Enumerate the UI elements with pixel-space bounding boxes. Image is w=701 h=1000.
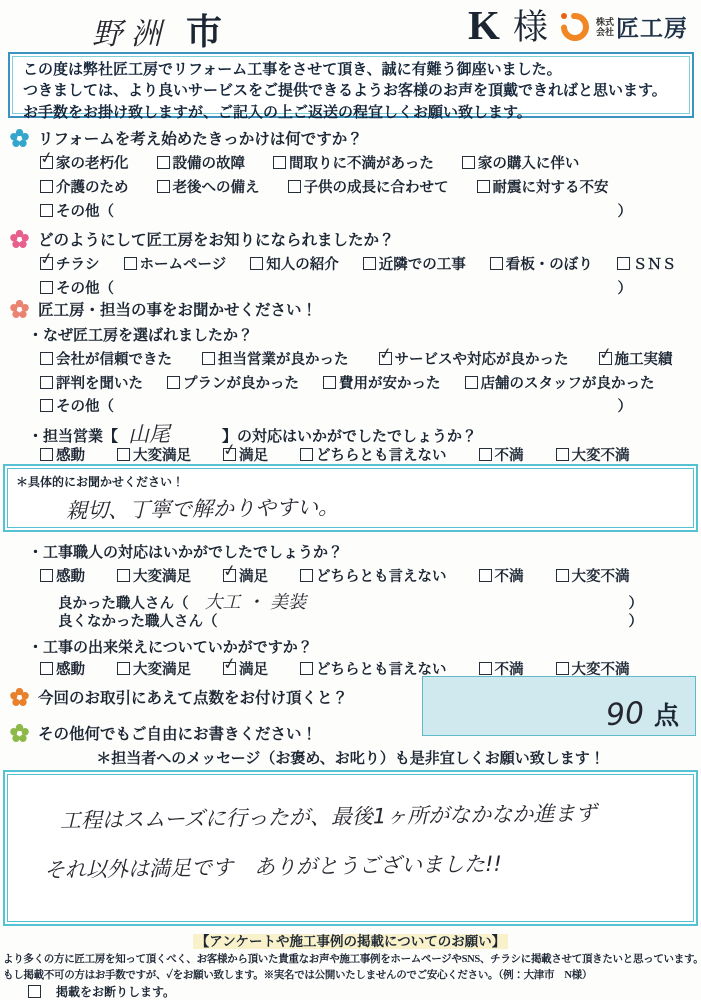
question-title: どのようにして匠工房をお知りになられましたか？ [38, 228, 395, 250]
company-prefix: 株式 会社 [596, 17, 614, 38]
checkbox-unchecked[interactable] [40, 376, 53, 389]
checkbox-unchecked[interactable] [479, 662, 492, 675]
checkbox-option[interactable]: 費用が安かった [323, 372, 441, 393]
checkbox-label: ＳＮＳ [633, 253, 677, 274]
check-mark: ✓ [377, 343, 394, 364]
checkbox-option[interactable]: その他（ [40, 200, 114, 221]
message-handwritten-line2[interactable]: それ以外は満足です ありがとうございました!! [44, 848, 502, 884]
checkbox-label: 介護のため [56, 176, 129, 197]
checkbox-label: 近隣での工事 [379, 253, 466, 274]
checkbox-label: 感動 [56, 444, 85, 465]
flower-icon [10, 724, 29, 743]
checkbox-option[interactable]: 大変満足 [117, 658, 191, 679]
checkbox-option[interactable]: 知人の紹介 [250, 253, 339, 274]
flower-icon [10, 300, 29, 319]
checkbox-checked[interactable]: ✓ [40, 156, 53, 169]
score-value-handwritten[interactable]: 90 [605, 696, 646, 734]
checkbox-option[interactable]: 店舗のスタッフが良かった [465, 372, 655, 393]
checkbox-label: 大変不満 [572, 444, 630, 465]
checkbox-option[interactable]: ✓家の老朽化 [40, 152, 129, 173]
decline-publication-row: 掲載をお断りします。 [28, 983, 175, 1000]
details-handwritten[interactable]: 親切、丁寧で解かりやすい。 [66, 491, 339, 525]
how-found-options: ✓チラシホームページ知人の紹介近隣での工事看板・のぼりＳＮＳ [40, 253, 676, 274]
paren-close: ） [618, 395, 633, 416]
checkbox-option[interactable]: 大変満足 [117, 565, 191, 586]
checkbox-unchecked[interactable] [157, 180, 170, 193]
checkbox-label: 感動 [56, 658, 85, 679]
paren-close: ） [629, 610, 644, 631]
checkbox-unchecked[interactable] [462, 156, 475, 169]
checkbox-label: 店舗のスタッフが良かった [481, 372, 655, 393]
checkbox-label: 費用が安かった [339, 372, 441, 393]
checkbox-unchecked[interactable] [167, 376, 180, 389]
checkbox-label: 大変満足 [133, 658, 191, 679]
checkbox-option[interactable]: その他（ [40, 395, 114, 416]
bad-craftsman-label: 良くなかった職人さん（ [58, 610, 218, 631]
checkbox-unchecked[interactable] [40, 399, 53, 412]
checkbox-option[interactable]: 家の購入に伴い [462, 152, 580, 173]
question-title: 今回のお取引にあえて点数をお付け頂くと？ [38, 686, 348, 708]
intro-line-3: お手数をお掛け致しますが、ご記入の上ご返送の程宜しくお願い致します。 [23, 103, 679, 124]
company-prefix-top: 株式 [596, 17, 614, 27]
checkbox-unchecked[interactable] [250, 257, 263, 270]
checkbox-checked[interactable]: ✓ [223, 569, 236, 582]
checkbox-label: 満足 [239, 658, 268, 679]
checkbox-option[interactable]: 老後への備え [157, 176, 260, 197]
checkbox-unchecked[interactable] [288, 180, 301, 193]
checkbox-option[interactable]: ＳＮＳ [617, 253, 677, 274]
checkbox-option[interactable]: 感動 [40, 444, 85, 465]
checkbox-option[interactable]: 耐震に対する不安 [477, 176, 609, 197]
checkbox-option[interactable]: 会社が信頼できた [40, 348, 172, 369]
details-box[interactable]: ＊具体的にお聞かせください！ 親切、丁寧で解かりやすい。 [3, 464, 698, 532]
customer-honorific: 様 [513, 8, 548, 47]
company-prefix-bottom: 会社 [596, 27, 614, 37]
checkbox-unchecked[interactable] [40, 204, 53, 217]
checkbox-label: チラシ [56, 253, 100, 274]
checkbox-unchecked[interactable] [465, 376, 478, 389]
question-score: 今回のお取引にあえて点数をお付け頂くと？ [10, 686, 348, 708]
checkbox-unchecked[interactable] [479, 569, 492, 582]
paren-close: ） [618, 200, 633, 221]
checkbox-unchecked[interactable] [273, 156, 286, 169]
checkbox-label: 子供の成長に合わせて [304, 176, 449, 197]
checkbox-unchecked[interactable] [300, 662, 313, 675]
city-handwritten: 野洲 [92, 17, 170, 52]
why-chosen-options-row2: 評判を聞いたプランが良かった費用が安かった店舗のスタッフが良かった [40, 372, 655, 393]
checkbox-unchecked[interactable] [202, 352, 215, 365]
checkbox-label: 看板・のぼり [506, 253, 593, 274]
question-title: リフォームを考え始めたきっかけは何ですか？ [38, 127, 363, 149]
check-mark: ✓ [597, 343, 614, 364]
question-title: 匠工房・担当の事をお聞かせください！ [38, 298, 317, 320]
why-chosen-other-row: その他（ ） [40, 395, 632, 416]
checkbox-option[interactable]: 不満 [479, 565, 524, 586]
why-chosen-options-row1: 会社が信頼できた担当営業が良かった✓サービスや対応が良かった✓施工実績 [40, 348, 673, 369]
checkbox-label: プランが良かった [183, 372, 299, 393]
question-reform-trigger: リフォームを考え始めたきっかけは何ですか？ [10, 127, 363, 149]
question-title: その他何でもご自由にお書きください！ [38, 722, 317, 744]
checkbox-label: 老後への備え [173, 176, 260, 197]
checkbox-option[interactable]: 間取りに不満があった [273, 152, 434, 173]
checkbox-unchecked[interactable] [477, 180, 490, 193]
checkbox-label: 大変満足 [133, 444, 191, 465]
checkbox-option[interactable]: ✓満足 [223, 444, 268, 465]
checkbox-unchecked[interactable] [40, 448, 53, 461]
checkbox-option[interactable]: 近隣での工事 [363, 253, 466, 274]
score-unit-label: 点 [654, 696, 679, 732]
score-box[interactable]: 90 点 [422, 676, 696, 736]
checkbox-checked[interactable]: ✓ [379, 352, 392, 365]
checkbox-option[interactable]: 大変満足 [117, 444, 191, 465]
checkbox-option[interactable]: 大変不満 [556, 444, 630, 465]
checkbox-option[interactable]: 看板・のぼり [490, 253, 593, 274]
checkbox-checked[interactable]: ✓ [223, 662, 236, 675]
checkbox-option[interactable]: ✓満足 [223, 565, 268, 586]
sales-rep-rating-options: 感動大変満足✓満足どちらとも言えない不満大変不満 [40, 444, 630, 465]
footer-line-2: もし掲載不可の方はお手数ですが、✓をお願い致します。※実名では公開いたしませんの… [3, 967, 592, 982]
subquestion-workmanship: ・工事の出来栄えについていかがですか？ [28, 636, 313, 657]
checkbox-label: ホームページ [140, 253, 227, 274]
checkbox-unchecked[interactable] [40, 569, 53, 582]
question-free-comment: その他何でもご自由にお書きください！ [10, 722, 317, 744]
checkbox-label: その他（ [56, 395, 114, 416]
intro-line-2: つきましては、より良いサービスをご提供できるようお客様のお声を頂戴できればと思い… [23, 81, 679, 102]
checkbox-unchecked[interactable] [40, 180, 53, 193]
checkbox-label: 家の購入に伴い [478, 152, 580, 173]
checkbox-unchecked[interactable] [124, 257, 137, 270]
company-name: 匠工房 [616, 10, 688, 43]
paren-close: ） [618, 277, 633, 298]
checkbox-unchecked[interactable] [157, 156, 170, 169]
details-box-label: ＊具体的にお聞かせください！ [16, 473, 184, 490]
message-box[interactable]: 工程はスムーズに行ったが、最後1ヶ所がなかなか進まず それ以外は満足です ありが… [3, 770, 698, 926]
message-request-label: ＊担当者へのメッセージ（お褒め、お叱り）も是非宜しくお願い致します！ [0, 747, 701, 768]
checkbox-option[interactable]: ✓施工実績 [599, 348, 673, 369]
checkbox-unchecked[interactable] [479, 448, 492, 461]
footer-line-1: より多くの方に匠工房を知って頂くべく、お客様から頂いた貴重なお声や施工事例をホー… [3, 951, 701, 966]
reform-trigger-options-row1: ✓家の老朽化設備の故障間取りに不満があった家の購入に伴い [40, 152, 579, 173]
flower-icon [10, 688, 29, 707]
sales-rep-prefix: ・担当営業【 [28, 425, 118, 446]
intro-box: この度は弊社匠工房でリフォーム工事をさせて頂き、誠に有難う御座いました。 つきま… [8, 52, 694, 118]
checkbox-label: 感動 [56, 565, 85, 586]
checkbox-unchecked[interactable] [117, 569, 130, 582]
check-mark: ✓ [221, 560, 238, 581]
checkbox-label: 大変不満 [572, 565, 630, 586]
checkbox-option[interactable]: 感動 [40, 658, 85, 679]
sales-rep-suffix: 】の対応はいかがでしたでしょうか？ [222, 425, 477, 446]
checkbox-option[interactable]: 不満 [479, 444, 524, 465]
footer-title-text: 【アンケートや施工事例の掲載についてのお願い】 [193, 934, 508, 949]
reform-trigger-other-row: その他（ ） [40, 200, 632, 221]
logo-swirl-icon [557, 9, 591, 43]
checkbox-option[interactable]: 設備の故障 [157, 152, 246, 173]
checkbox-label: 満足 [239, 565, 268, 586]
intro-line-1: この度は弊社匠工房でリフォーム工事をさせて頂き、誠に有難う御座いました。 [23, 60, 679, 81]
craftsmen-rating-options: 感動大変満足✓満足どちらとも言えない不満大変不満 [40, 565, 630, 586]
message-handwritten-line1[interactable]: 工程はスムーズに行ったが、最後1ヶ所がなかなか進まず [60, 797, 597, 834]
checkbox-label: 会社が信頼できた [56, 348, 172, 369]
checkbox-label: 大変満足 [133, 565, 191, 586]
checkbox-option[interactable]: ✓満足 [223, 658, 268, 679]
question-how-found: どのようにして匠工房をお知りになられましたか？ [10, 228, 395, 250]
subquestion-craftsmen: ・工事職人の対応はいかがでしたでしょうか？ [28, 541, 343, 562]
checkbox-label: 知人の紹介 [266, 253, 339, 274]
checkbox-unchecked[interactable] [363, 257, 376, 270]
checkbox-label: サービスや対応が良かった [395, 348, 569, 369]
checkbox-checked[interactable]: ✓ [223, 448, 236, 461]
checkbox-option[interactable]: その他（ [40, 277, 114, 298]
checkbox-label: 耐震に対する不安 [493, 176, 609, 197]
bad-craftsman-row[interactable]: 良くなかった職人さん（ ） [58, 610, 643, 631]
checkbox-option[interactable]: どちらとも言えない [300, 565, 447, 586]
footer-title: 【アンケートや施工事例の掲載についてのお願い】 [0, 930, 701, 950]
checkbox-option[interactable]: 担当営業が良かった [202, 348, 349, 369]
checkbox-unchecked[interactable] [40, 662, 53, 675]
city-suffix-label: 市 [186, 12, 222, 52]
flower-icon [10, 129, 29, 148]
checkbox-label: 施工実績 [615, 348, 673, 369]
checkbox-label: 満足 [239, 444, 268, 465]
checkbox-unchecked[interactable] [117, 448, 130, 461]
checkbox-label: 不満 [495, 444, 524, 465]
checkbox-label: 家の老朽化 [56, 152, 129, 173]
customer-initial: K [468, 2, 500, 48]
checkbox-unchecked[interactable] [300, 569, 313, 582]
checkbox-option[interactable]: ✓チラシ [40, 253, 100, 274]
checkbox-unchecked[interactable] [617, 257, 630, 270]
checkbox-unchecked[interactable] [323, 376, 336, 389]
survey-page: 野洲市 K様 株式 会社 匠工房 この度は弊社匠工房でリフォーム工事をさせて頂き… [0, 0, 701, 1000]
checkbox-label: 評判を聞いた [56, 372, 143, 393]
checkbox-unchecked[interactable] [556, 448, 569, 461]
flower-icon [10, 230, 29, 249]
subquestion-why-chosen: ・なぜ匠工房を選ばれましたか？ [28, 324, 253, 345]
question-about-company: 匠工房・担当の事をお聞かせください！ [10, 298, 317, 320]
checkbox-option[interactable]: 掲載をお断りします。 [28, 983, 175, 1000]
checkbox-unchecked[interactable] [40, 352, 53, 365]
checkbox-checked[interactable]: ✓ [599, 352, 612, 365]
checkbox-option[interactable]: どちらとも言えない [300, 444, 447, 465]
company-logo: 株式 会社 匠工房 [557, 9, 688, 43]
checkbox-unchecked[interactable] [556, 569, 569, 582]
checkbox-checked[interactable]: ✓ [40, 257, 53, 270]
checkbox-option[interactable]: ✓サービスや対応が良かった [379, 348, 569, 369]
check-mark: ✓ [38, 147, 55, 168]
checkbox-unchecked[interactable] [40, 281, 53, 294]
checkbox-option[interactable]: 介護のため [40, 176, 129, 197]
checkbox-label: その他（ [56, 277, 114, 298]
checkbox-label: 間取りに不満があった [289, 152, 434, 173]
checkbox-option[interactable]: 子供の成長に合わせて [288, 176, 449, 197]
checkbox-unchecked[interactable] [300, 448, 313, 461]
checkbox-unchecked[interactable] [117, 662, 130, 675]
how-found-other-row: その他（ ） [40, 277, 632, 298]
checkbox-unchecked[interactable] [556, 662, 569, 675]
checkbox-option[interactable]: 評判を聞いた [40, 372, 143, 393]
checkbox-unchecked[interactable] [490, 257, 503, 270]
checkbox-label: 不満 [495, 565, 524, 586]
checkbox-label: その他（ [56, 200, 114, 221]
check-mark: ✓ [38, 248, 55, 269]
checkbox-label: どちらとも言えない [316, 444, 447, 465]
checkbox-option[interactable]: 感動 [40, 565, 85, 586]
checkbox-label: どちらとも言えない [316, 565, 447, 586]
checkbox-label: 掲載をお断りします。 [44, 983, 175, 1000]
checkbox-option[interactable]: ホームページ [124, 253, 227, 274]
checkbox-option[interactable]: プランが良かった [167, 372, 299, 393]
checkbox-option[interactable]: 大変不満 [556, 565, 630, 586]
checkbox-label: 担当営業が良かった [218, 348, 349, 369]
checkbox-label: 設備の故障 [173, 152, 246, 173]
customer-city: 野洲市 [92, 4, 222, 55]
reform-trigger-options-row2: 介護のため老後への備え子供の成長に合わせて耐震に対する不安 [40, 176, 609, 197]
customer-name: K様 [468, 0, 548, 50]
checkbox-unchecked[interactable] [28, 985, 41, 998]
